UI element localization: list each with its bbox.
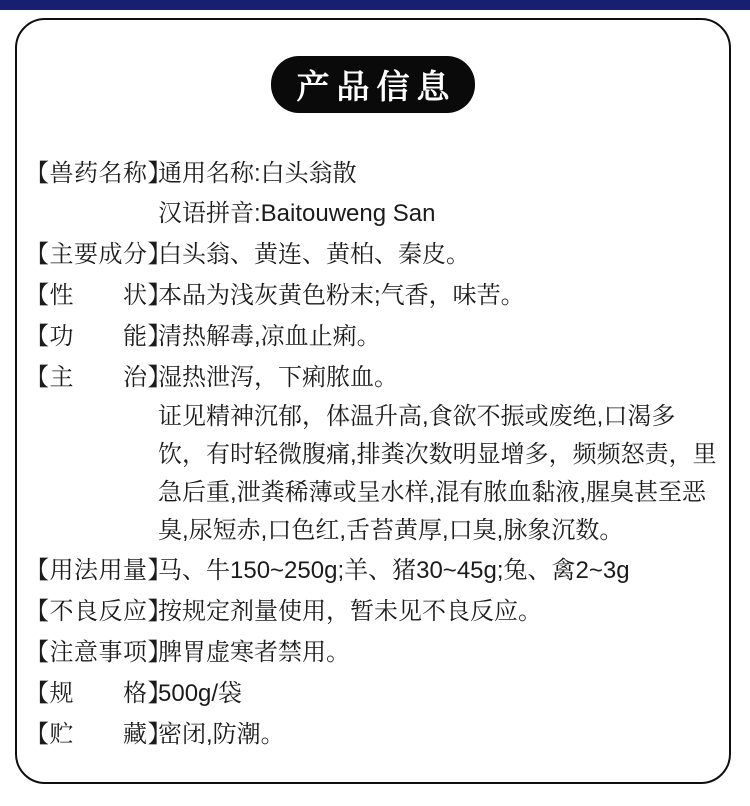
spec-label-storage: 【贮 藏】 [25,715,158,755]
spec-label-indications: 【主 治】 [25,358,158,398]
adverse-reactions-line: 按规定剂量使用，暂未见不良反应。 [158,592,723,632]
top-accent-bar [0,0,750,10]
spec-label-adverse-reactions: 【不良反应】 [25,592,158,632]
description-line: 本品为浅灰黄色粉末;气香，味苦。 [158,276,723,316]
spec-row-drug-name: 【兽药名称】 通用名称:白头翁散 汉语拼音:Baitouweng San [25,154,723,234]
spec-label-specification: 【规 格】 [25,674,158,714]
spec-row-function: 【功 能】 清热解毒,凉血止痢。 [25,317,723,357]
spec-label-description: 【性 状】 [25,276,158,316]
spec-row-precautions: 【注意事项】 脾胃虚寒者禁用。 [25,633,723,673]
indications-summary-line: 湿热泄泻，下痢脓血。 [158,358,723,398]
function-line: 清热解毒,凉血止痢。 [158,317,723,357]
spec-label-ingredients: 【主要成分】 [25,235,158,275]
spec-row-storage: 【贮 藏】 密闭,防潮。 [25,715,723,755]
spec-row-dosage: 【用法用量】 马、牛150~250g;羊、猪30~45g;兔、禽2~3g [25,551,723,591]
spec-row-description: 【性 状】 本品为浅灰黄色粉末;气香，味苦。 [25,276,723,316]
spec-label-drug-name: 【兽药名称】 [25,154,158,194]
product-info-panel: 产品信息 【兽药名称】 通用名称:白头翁散 汉语拼音:Baitouweng Sa… [15,18,731,784]
spec-value-precautions: 脾胃虚寒者禁用。 [158,633,723,673]
spec-row-indications: 【主 治】 湿热泄泻，下痢脓血。 证见精神沉郁，体温升高,食欲不振或废绝,口渴多… [25,358,723,550]
specification-line: 500g/袋 [158,674,723,714]
generic-name-line: 通用名称:白头翁散 [158,154,723,194]
spec-row-ingredients: 【主要成分】 白头翁、黄连、黄柏、秦皮。 [25,235,723,275]
spec-value-storage: 密闭,防潮。 [158,715,723,755]
product-spec-list: 【兽药名称】 通用名称:白头翁散 汉语拼音:Baitouweng San 【主要… [25,154,723,756]
precautions-line: 脾胃虚寒者禁用。 [158,633,723,673]
ingredients-line: 白头翁、黄连、黄柏、秦皮。 [158,235,723,275]
indications-detail-paragraph: 证见精神沉郁，体温升高,食欲不振或废绝,口渴多饮，有时轻微腹痛,排粪次数明显增多… [158,398,723,550]
dosage-line: 马、牛150~250g;羊、猪30~45g;兔、禽2~3g [158,551,723,591]
spec-value-ingredients: 白头翁、黄连、黄柏、秦皮。 [158,235,723,275]
spec-value-indications: 湿热泄泻，下痢脓血。 证见精神沉郁，体温升高,食欲不振或废绝,口渴多饮，有时轻微… [158,358,723,550]
spec-value-drug-name: 通用名称:白头翁散 汉语拼音:Baitouweng San [158,154,723,234]
spec-label-dosage: 【用法用量】 [25,551,158,591]
spec-value-dosage: 马、牛150~250g;羊、猪30~45g;兔、禽2~3g [158,551,723,591]
spec-value-function: 清热解毒,凉血止痢。 [158,317,723,357]
section-title: 产品信息 [290,61,457,108]
pinyin-name-line: 汉语拼音:Baitouweng San [158,194,723,234]
spec-value-adverse-reactions: 按规定剂量使用，暂未见不良反应。 [158,592,723,632]
storage-line: 密闭,防潮。 [158,715,723,755]
spec-label-precautions: 【注意事项】 [25,633,158,673]
spec-row-specification: 【规 格】 500g/袋 [25,674,723,714]
spec-row-adverse-reactions: 【不良反应】 按规定剂量使用，暂未见不良反应。 [25,592,723,632]
spec-value-specification: 500g/袋 [158,674,723,714]
spec-value-description: 本品为浅灰黄色粉末;气香，味苦。 [158,276,723,316]
spec-label-function: 【功 能】 [25,317,158,357]
section-title-badge: 产品信息 [271,56,475,113]
